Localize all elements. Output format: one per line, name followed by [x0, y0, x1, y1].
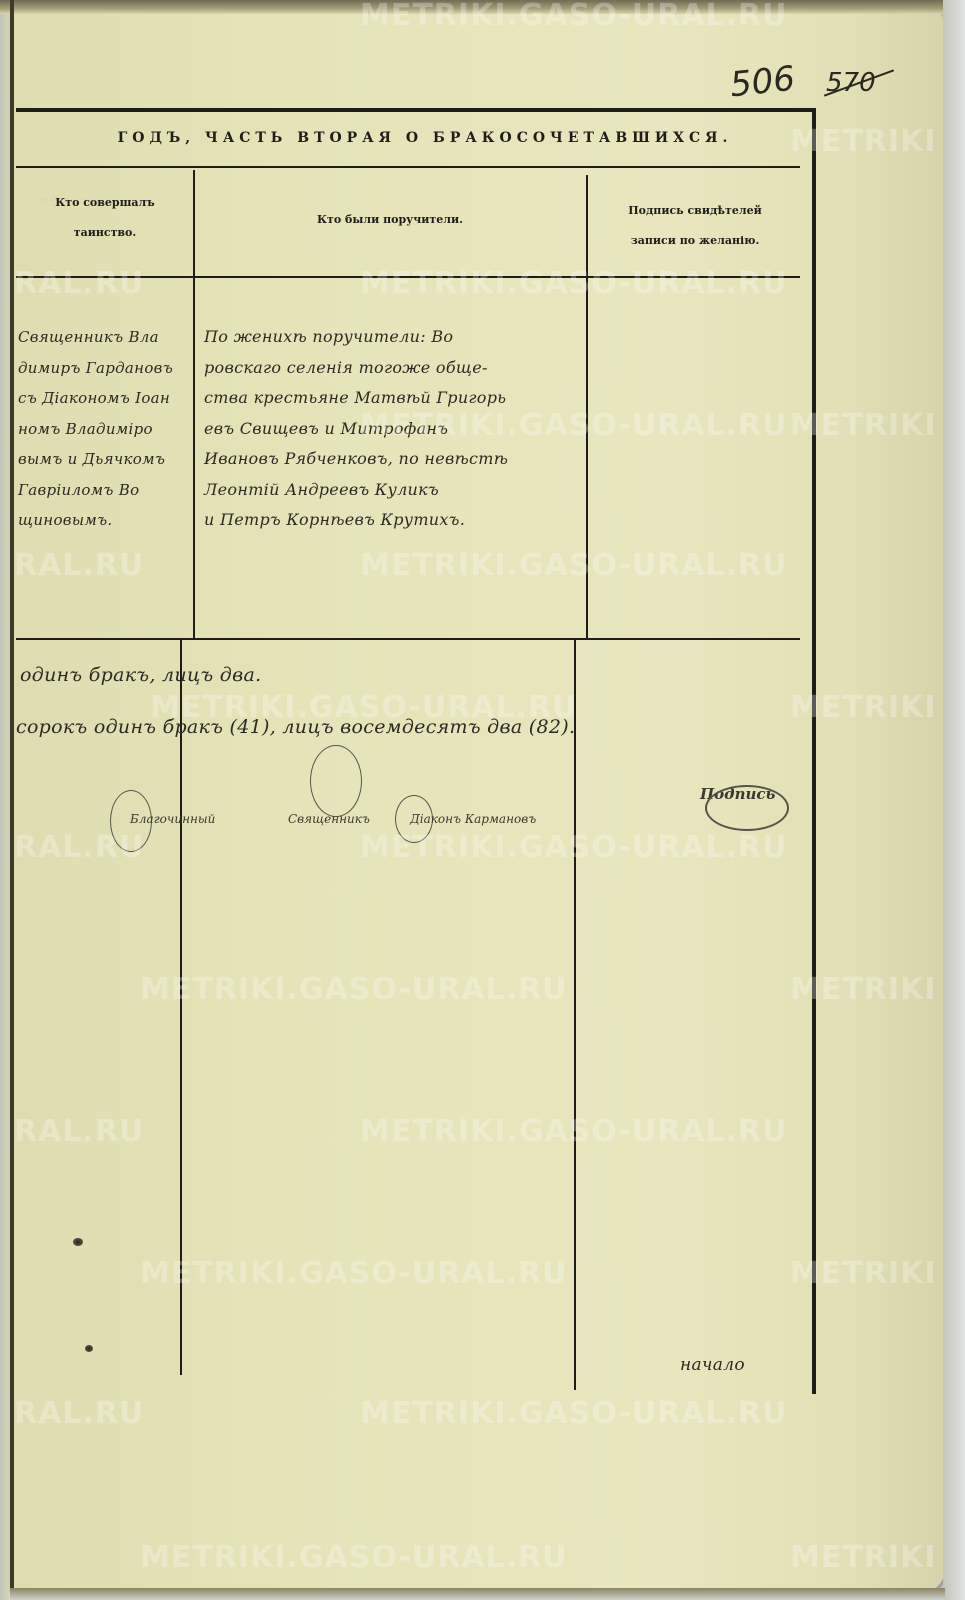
folio-old-number: 570	[826, 68, 876, 98]
header-bottom-rule	[16, 276, 800, 278]
paper-hole	[85, 1345, 93, 1352]
officiant-entry: Священникъ Вла димиръ Гардановъ съ Діако…	[18, 322, 173, 536]
guarantors-entry: По женихѣ поручители: Во ровскаго селені…	[204, 322, 508, 536]
column-header-guarantors: Кто были поручители.	[196, 205, 584, 235]
summary-line-1: одинъ бракъ, лицъ два.	[20, 660, 261, 691]
bleed-through-text: · · · · · · · · · · · ·	[40, 196, 99, 205]
signature-priest: Священникъ	[288, 812, 370, 826]
column-divider-2-lower	[574, 640, 576, 1390]
folio-number: 506	[728, 59, 797, 106]
signature-deacon: Діаконъ Кармановъ	[410, 812, 536, 826]
adjacent-page-edge	[0, 0, 10, 1600]
signature-flourish	[310, 745, 362, 817]
form-title: ГОДЪ, ЧАСТЬ ВТОРАЯ О БРАКОСОЧЕТАВШИХСЯ.	[100, 130, 750, 146]
book-binding	[10, 0, 14, 1600]
signature-flourish	[705, 785, 789, 831]
bottom-note: начало	[680, 1350, 745, 1381]
page-right-edge	[943, 0, 965, 1600]
page-top-edge	[0, 0, 965, 14]
summary-line-2: сорокъ одинъ бракъ (41), лицъ восемдесят…	[16, 712, 575, 743]
paper-hole	[73, 1238, 83, 1246]
column-divider-1-lower	[180, 640, 182, 1375]
entry-bottom-rule	[16, 638, 800, 640]
page-bottom-edge	[10, 1588, 945, 1600]
column-header-witness-signature: Подпись свидѣтелей записи по желанію.	[590, 196, 800, 256]
column-divider-2	[586, 175, 588, 640]
column-divider-1	[193, 170, 195, 640]
header-rule	[16, 166, 800, 168]
signature-dean: Благочинный	[130, 812, 215, 826]
form-frame	[16, 108, 816, 1394]
